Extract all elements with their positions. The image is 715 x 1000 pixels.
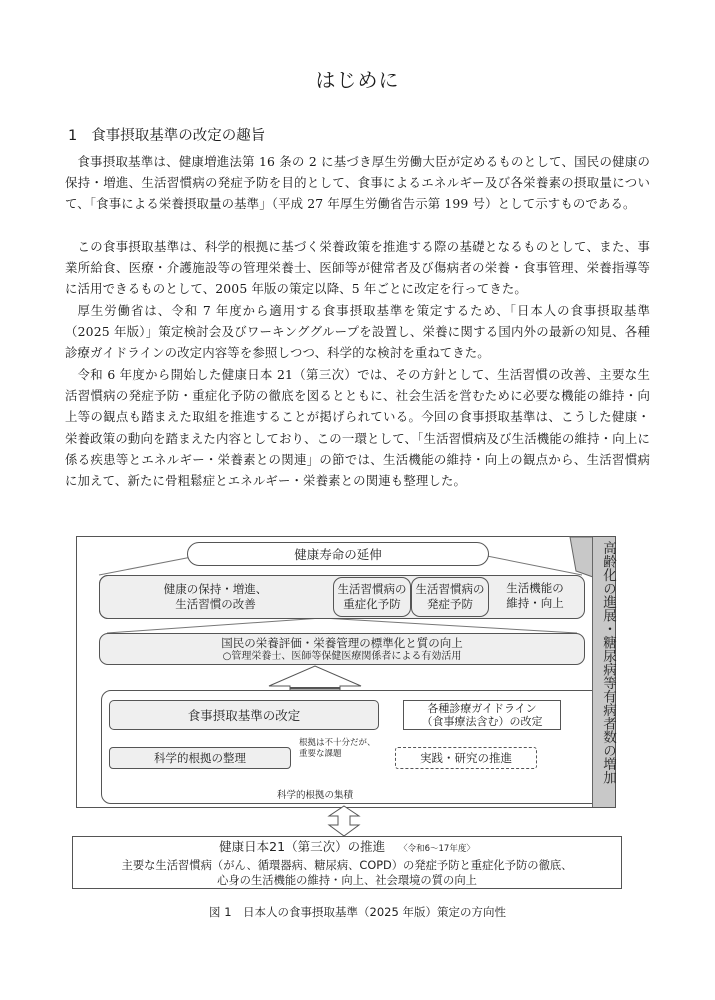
paragraph: この食事摂取基準は、科学的根拠に基づく栄養政策を推進する際の基礎となるものとして… bbox=[65, 236, 650, 300]
tier3-line1: 国民の栄養評価・栄養管理の標準化と質の向上 bbox=[221, 636, 463, 650]
goal-healthy-life-expectancy: 健康寿命の延伸 bbox=[187, 542, 489, 566]
tier3-line2: ○管理栄養士、医師等保健医療関係者による有効活用 bbox=[223, 650, 462, 663]
health-japan-21-box: 健康日本21（第三次）の推進〈令和6～17年度〉 主要な生活習慣病（がん、循環器… bbox=[72, 836, 622, 889]
side-band: 高齢化の進展・糖尿病等有病者数の増加 bbox=[592, 537, 615, 807]
dri-revision-box: 食事摂取基準の改定 bbox=[109, 700, 379, 730]
policy-diagram: 健康寿命の延伸 健康の保持・増進、 生活習慣の改善 生活習慣病の 重症化予防 生… bbox=[76, 536, 616, 808]
tier2-onset-prevention: 生活習慣病の 発症予防 bbox=[411, 577, 489, 617]
tier2-function-maintenance: 生活機能の 維持・向上 bbox=[490, 577, 580, 615]
practice-research-box: 実践・研究の推進 bbox=[395, 747, 537, 769]
tier2-health-maintenance: 健康の保持・増進、 生活習慣の改善 bbox=[99, 575, 331, 619]
health-japan-period: 〈令和6～17年度〉 bbox=[399, 844, 475, 854]
figure-caption: 図 1 日本人の食事摂取基準（2025 年版）策定の方向性 bbox=[0, 904, 715, 920]
health-japan-title: 健康日本21（第三次）の推進 bbox=[219, 839, 385, 854]
health-japan-line3: 心身の生活機能の維持・向上、社会環境の質の向上 bbox=[73, 873, 621, 889]
section-title: 食事摂取基準の改定の趣旨 bbox=[91, 128, 265, 144]
page-title: はじめに bbox=[0, 64, 715, 93]
severity-line2: 重症化予防 bbox=[343, 597, 401, 612]
onset-line1: 生活習慣病の bbox=[416, 582, 485, 597]
function-line2: 維持・向上 bbox=[506, 596, 564, 611]
insufficient-evidence-note: 根拠は不十分だが、 重要な課題 bbox=[299, 738, 376, 760]
section-heading: 1食事摂取基準の改定の趣旨 bbox=[68, 124, 265, 145]
guidelines-line1: 各種診療ガイドライン bbox=[427, 702, 536, 716]
health-japan-line2: 主要な生活習慣病（がん、循環器病、糖尿病、COPD）の発症予防と重症化予防の徹底… bbox=[73, 858, 621, 874]
guidelines-line2: （食事療法含む）の改定 bbox=[422, 715, 543, 729]
tier2-left-line1: 健康の保持・増進、 bbox=[164, 582, 268, 597]
practice-label: 実践・研究の推進 bbox=[420, 751, 512, 766]
note-line2: 重要な課題 bbox=[299, 749, 376, 760]
bidirectional-arrow-icon bbox=[324, 805, 364, 837]
note-line1: 根拠は不十分だが、 bbox=[299, 738, 376, 749]
paragraph: 厚生労働省は、令和 7 年度から適用する食事摂取基準を策定するため、「日本人の食… bbox=[65, 300, 650, 364]
severity-line1: 生活習慣病の bbox=[338, 582, 407, 597]
evidence-accumulation-label: 科学的根拠の集積 bbox=[277, 787, 353, 801]
section-number: 1 bbox=[68, 128, 77, 144]
evidence-org-label: 科学的根拠の整理 bbox=[154, 751, 246, 766]
side-label: 高齢化の進展・糖尿病等有病者数の増加 bbox=[593, 541, 615, 784]
paragraph: 令和 6 年度から開始した健康日本 21（第三次）では、その方針として、生活習慣… bbox=[65, 364, 650, 491]
function-line1: 生活機能の bbox=[506, 581, 564, 596]
tier3-standardization: 国民の栄養評価・栄養管理の標準化と質の向上 ○管理栄養士、医師等保健医療関係者に… bbox=[99, 633, 585, 665]
onset-line2: 発症予防 bbox=[427, 597, 473, 612]
revision-label: 食事摂取基準の改定 bbox=[188, 708, 301, 723]
paragraph: 食事摂取基準は、健康増進法第 16 条の 2 に基づき厚生労働大臣が定めるものと… bbox=[65, 151, 650, 215]
tier2-left-line2: 生活習慣の改善 bbox=[175, 597, 256, 612]
goal-label: 健康寿命の延伸 bbox=[294, 547, 382, 562]
guidelines-revision-box: 各種診療ガイドライン （食事療法含む）の改定 bbox=[403, 700, 561, 730]
tier2-severity-prevention: 生活習慣病の 重症化予防 bbox=[333, 577, 411, 617]
evidence-organization-box: 科学的根拠の整理 bbox=[109, 747, 291, 769]
